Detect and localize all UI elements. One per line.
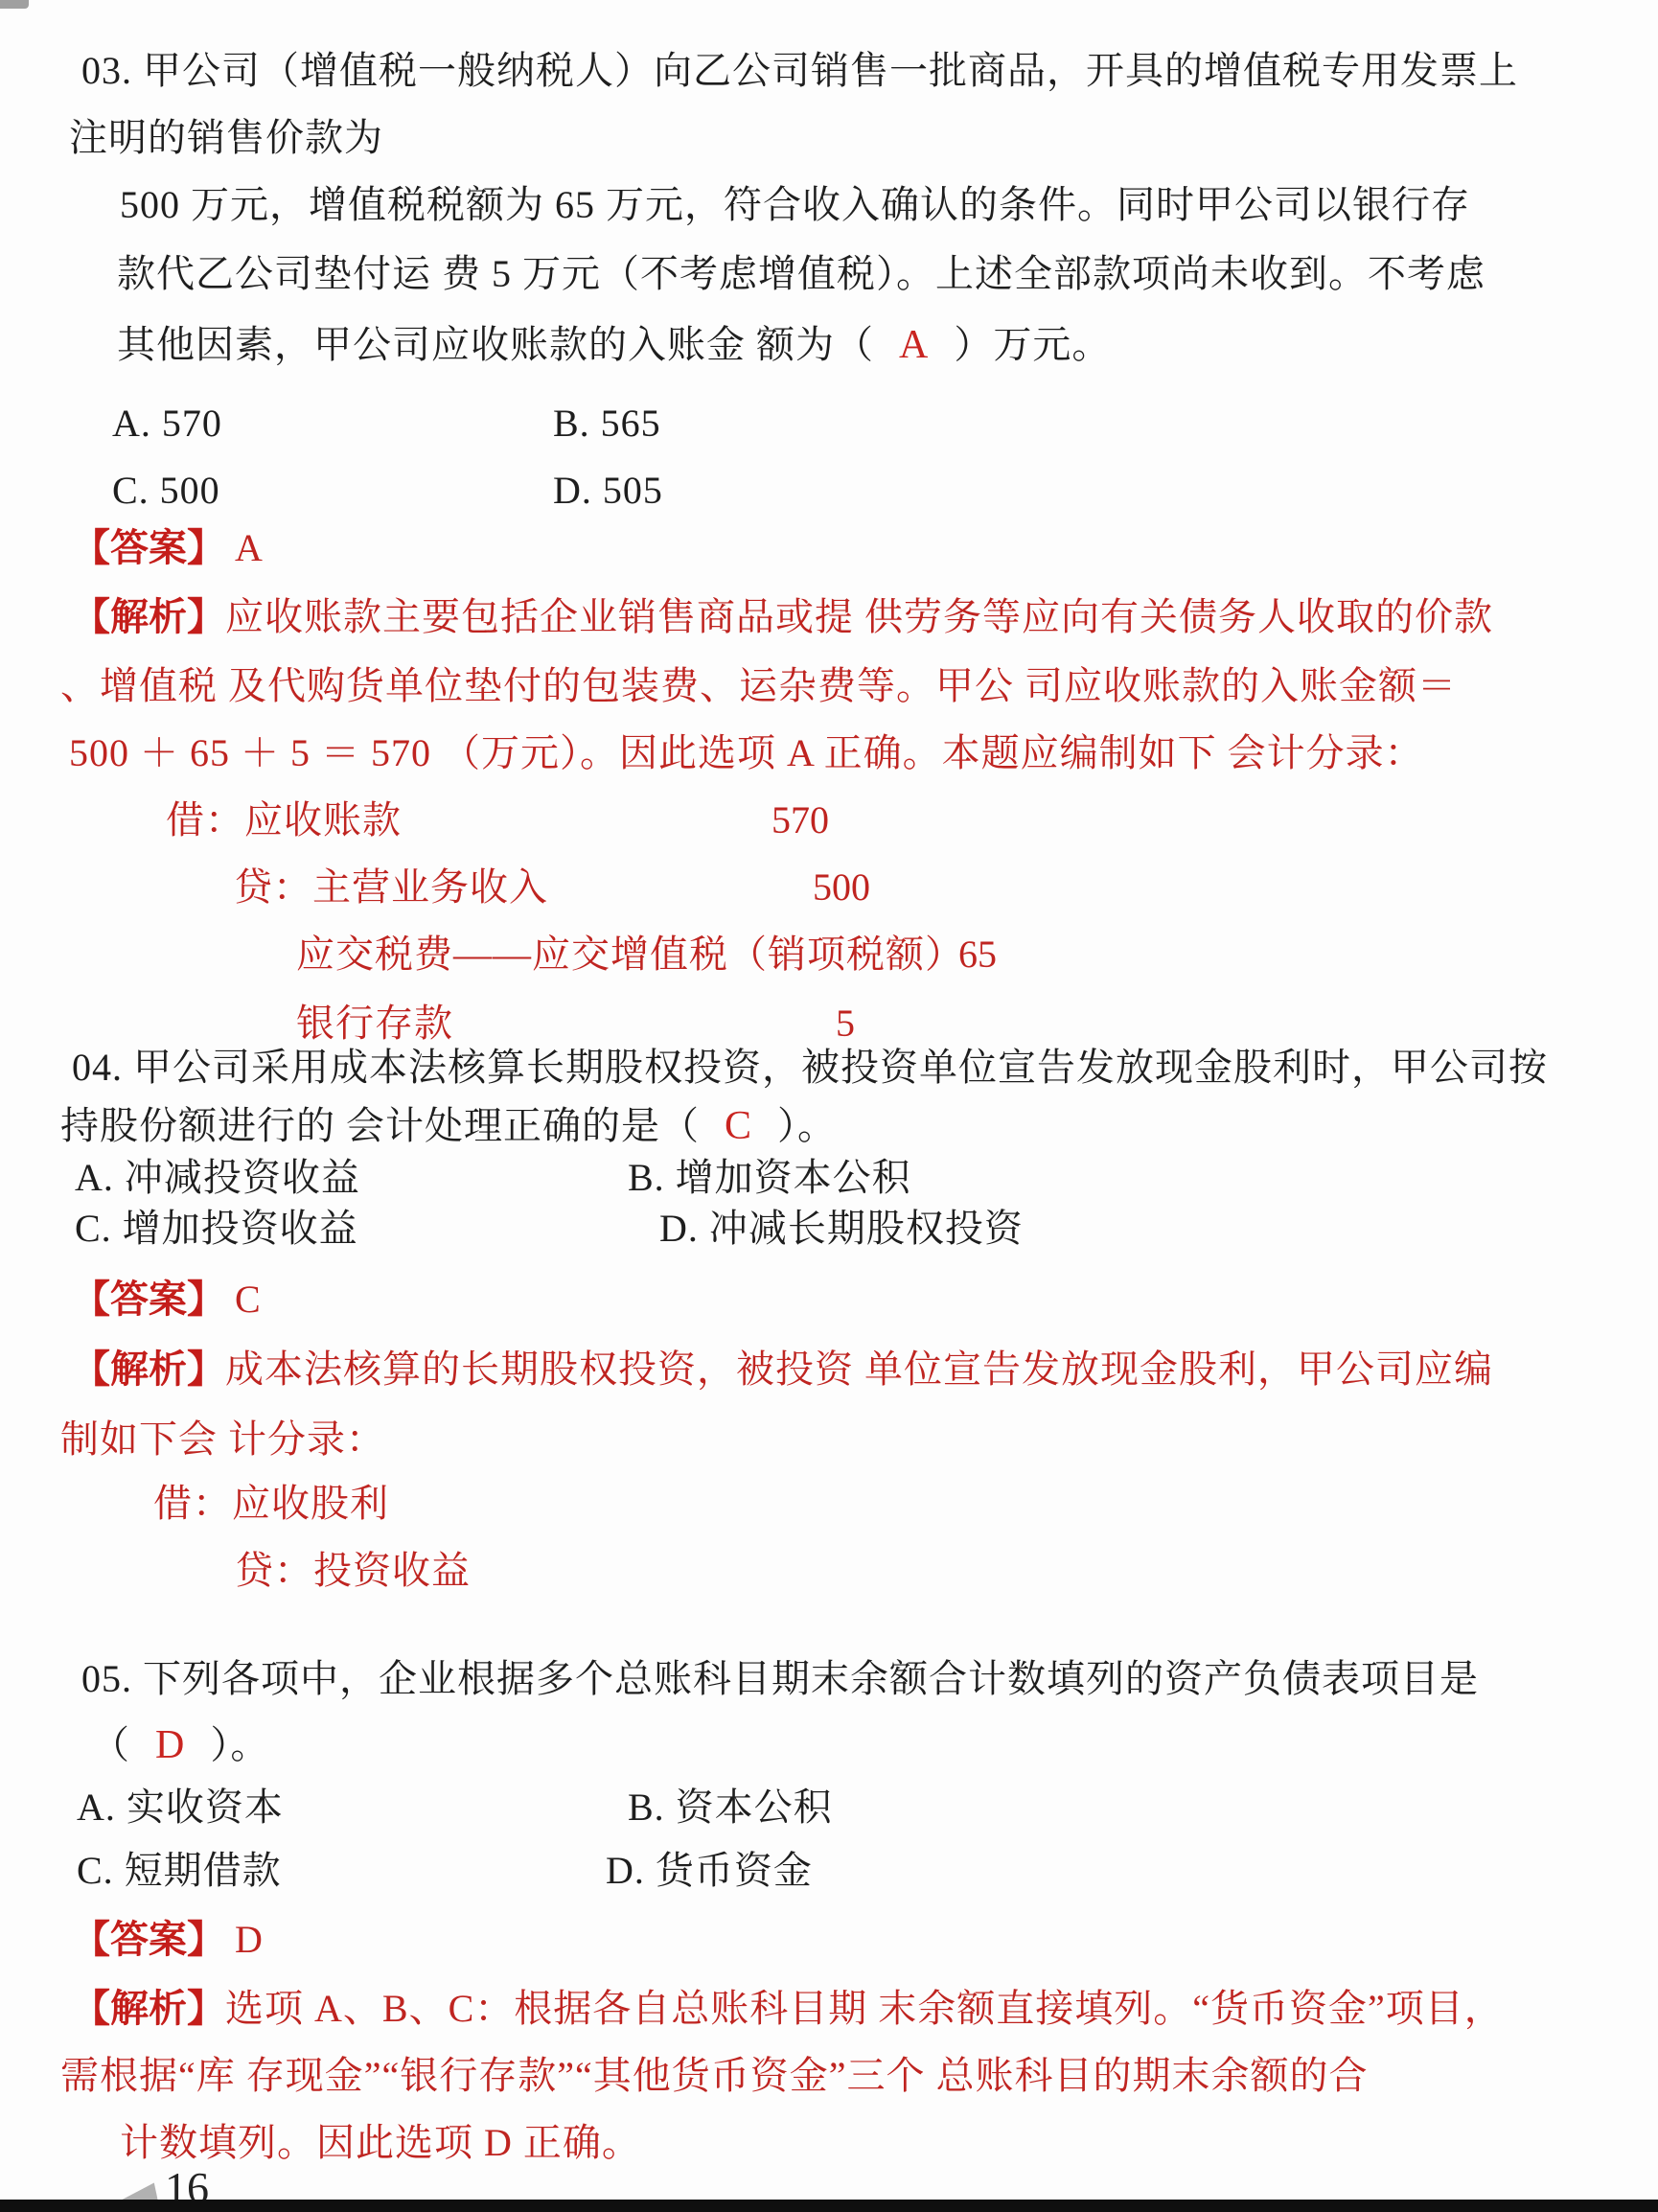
q03-inline-answer: A — [899, 323, 929, 367]
document-page: 03. 甲公司（增值税一般纳税人）向乙公司销售一批商品，开具的增值税专用发票上 … — [0, 0, 1658, 2212]
q03-option-b: B. 565 — [553, 401, 661, 447]
q04-journal-entry-account: 贷：投资收益 — [235, 1548, 471, 1594]
q05-option-c: C. 短期借款 — [77, 1848, 282, 1894]
q03-option-a: A. 570 — [112, 401, 222, 447]
answer-label: 【答案】 — [72, 1278, 225, 1321]
q05-option-d: D. 货币资金 — [606, 1848, 813, 1894]
q05-analysis-line1: 【解析】选项 A、B、C：根据各自总账科目期 末余额直接填列。“货币资金”项目， — [72, 1986, 1504, 2032]
q03-option-c: C. 500 — [112, 468, 220, 514]
q05-answer-line: 【答案】D — [72, 1917, 264, 1963]
q05-analysis-line2: 需根据“库 存现金”“银行存款”“其他货币资金”三个 总账科目的期末余额的合 — [60, 2053, 1369, 2099]
q03-analysis-line3: 500 ＋ 65 ＋ 5 ＝ 570 （万元）。因此选项 A 正确。本题应编制如… — [69, 730, 1424, 776]
q05-option-a: A. 实收资本 — [77, 1785, 284, 1831]
q03-option-d: D. 505 — [553, 468, 663, 514]
q03-journal-entry-amount: 570 — [771, 797, 829, 842]
q04-analysis-text1: 成本法核算的长期股权投资，被投资 单位宣告发放现金股利，甲公司应编 — [225, 1348, 1493, 1391]
q03-body-line3-post: ）万元。 — [954, 323, 1111, 366]
q04-answer-line: 【答案】C — [72, 1277, 262, 1323]
answer-label: 【答案】 — [72, 526, 225, 569]
answer-label: 【答案】 — [72, 1918, 225, 1961]
q05-stem-line2: （D）。 — [91, 1721, 269, 1769]
q03-answer-letter: A — [235, 526, 264, 569]
q04-inline-answer: C — [725, 1104, 752, 1148]
analysis-label: 【解析】 — [72, 1348, 225, 1391]
q04-stem-line2-post: ）。 — [777, 1104, 837, 1147]
q03-stem-line1: 03. 甲公司（增值税一般纳税人）向乙公司销售一批商品，开具的增值税专用发票上 — [81, 48, 1518, 94]
corner-smudge — [0, 0, 29, 9]
q04-option-b: B. 增加资本公积 — [628, 1155, 911, 1201]
q03-journal-entry-amount: 500 — [813, 864, 870, 910]
q03-answer-line: 【答案】A — [72, 525, 264, 571]
q05-option-b: B. 资本公积 — [628, 1785, 833, 1831]
q04-journal-entry-account: 借：应收股利 — [153, 1481, 389, 1527]
q03-journal-entry-account: 银行存款 — [296, 1001, 453, 1047]
q03-stem-line2: 注明的销售价款为 — [69, 115, 383, 161]
q03-journal-entry-account: 借：应收账款 — [166, 797, 402, 843]
analysis-label: 【解析】 — [72, 595, 225, 638]
q04-answer-letter: C — [235, 1278, 262, 1321]
q05-answer-letter: D — [235, 1918, 264, 1961]
q04-option-a: A. 冲减投资收益 — [75, 1155, 360, 1201]
q03-body-line3: 其他因素，甲公司应收账款的入账金 额为（A）万元。 — [117, 321, 1111, 369]
q05-stem-line2-pre: （ — [91, 1723, 130, 1766]
q03-journal-entry-amount: 65 — [958, 932, 997, 977]
q04-analysis-line1: 【解析】成本法核算的长期股权投资，被投资 单位宣告发放现金股利，甲公司应编 — [72, 1347, 1493, 1393]
q03-analysis-line1: 【解析】应收账款主要包括企业销售商品或提 供劳务等应向有关债务人收取的价款 — [72, 594, 1493, 640]
q03-journal-entry-amount: 5 — [836, 1001, 855, 1046]
bottom-bar — [0, 2200, 1658, 2212]
q04-analysis-line2: 制如下会 计分录： — [60, 1417, 385, 1463]
q05-analysis-text1: 选项 A、B、C：根据各自总账科目期 末余额直接填列。“货币资金”项目， — [225, 1987, 1504, 2030]
q03-body-line1: 500 万元，增值税税额为 65 万元，符合收入确认的条件。同时甲公司以银行存 — [120, 182, 1470, 228]
q04-option-c: C. 增加投资收益 — [75, 1206, 358, 1252]
q05-stem-line2-post: ）。 — [210, 1723, 269, 1766]
q04-stem-line2-pre: 持股份额进行的 会计处理正确的是（ — [60, 1104, 700, 1147]
q05-stem-line1: 05. 下列各项中，企业根据多个总账科目期末余额合计数填列的资产负债表项目是 — [81, 1656, 1479, 1702]
q03-analysis-text1: 应收账款主要包括企业销售商品或提 供劳务等应向有关债务人收取的价款 — [225, 595, 1493, 638]
q04-stem-line2: 持股份额进行的 会计处理正确的是（C）。 — [60, 1102, 837, 1150]
q03-journal-entry-account: 贷：主营业务收入 — [234, 864, 548, 910]
q05-analysis-line3: 计数填列。因此选项 D 正确。 — [120, 2120, 641, 2166]
q03-analysis-line2: 、增值税 及代购货单位垫付的包装费、运杂费等。甲公 司应收账款的入账金额＝ — [60, 663, 1457, 709]
analysis-label: 【解析】 — [72, 1987, 225, 2030]
q05-inline-answer: D — [155, 1723, 185, 1767]
q03-body-line3-pre: 其他因素，甲公司应收账款的入账金 额为（ — [117, 323, 874, 366]
q03-journal-entry-account: 应交税费——应交增值税（销项税额） — [296, 932, 964, 978]
q03-body-line2: 款代乙公司垫付运 费 5 万元（不考虑增值税）。上述全部款项尚未收到。不考虑 — [117, 251, 1485, 297]
q04-stem-line1: 04. 甲公司采用成本法核算长期股权投资，被投资单位宣告发放现金股利时，甲公司按 — [72, 1045, 1548, 1091]
q04-option-d: D. 冲减长期股权投资 — [659, 1206, 1024, 1252]
